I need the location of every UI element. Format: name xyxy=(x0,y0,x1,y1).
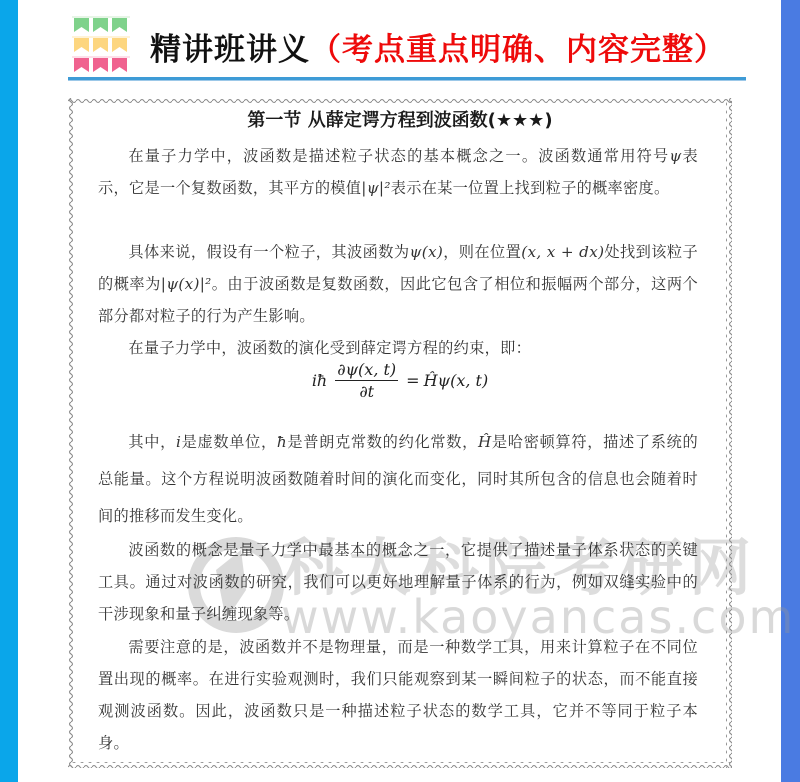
math-inline: |ψ|² xyxy=(361,179,390,197)
equation-rhs: Ĥψ(x, t) xyxy=(424,371,489,390)
paragraph-text: 是虚数单位， xyxy=(181,433,277,451)
math-inline: ħ xyxy=(277,433,287,451)
equation-denominator: ∂t xyxy=(359,381,374,401)
right-accent-stripe xyxy=(781,0,800,782)
lecture-card: 科大科院考研网 www.kaoyancas.com 第一节 从薛定谔方程到波函数… xyxy=(68,98,732,768)
paragraph-text: 在量子力学中，波函数是描述粒子状态的基本概念之一。波函数通常用符号 xyxy=(128,147,669,165)
paragraph-text: 波函数的概念是量子力学中最基本的概念之一，它提供了描述量子体系状态的关键工具。通… xyxy=(98,541,698,623)
header-divider xyxy=(68,77,746,81)
bunting-flags-icon xyxy=(72,14,130,74)
title-subtitle: （考点重点明确、内容完整） xyxy=(310,32,726,68)
math-inline: Ĥ xyxy=(478,433,492,451)
math-inline: ψ xyxy=(669,147,681,165)
section-title: 第一节 从薛定谔方程到波函数(★★★) xyxy=(68,106,732,132)
paragraph-4: 其中，i是虚数单位，ħ是普朗克常数的约化常数，Ĥ是哈密顿算符，描述了系统的总能量… xyxy=(98,424,698,535)
paragraph-text: 其中， xyxy=(128,433,176,451)
paragraph-text: 表示在某一位置上找到粒子的概率密度。 xyxy=(391,179,670,197)
paragraph-text: 在量子力学中，波函数的演化受到薛定谔方程的约束，即： xyxy=(128,339,531,357)
paragraph-text: ，则在位置 xyxy=(443,243,521,261)
paragraph-text: 是普朗克常数的约化常数， xyxy=(287,433,478,451)
equation-equals: = xyxy=(406,371,419,390)
card-content: 第一节 从薛定谔方程到波函数(★★★) 在量子力学中，波函数是描述粒子状态的基本… xyxy=(68,98,732,768)
page-title: 精讲班讲义（考点重点明确、内容完整） xyxy=(150,24,726,69)
math-inline: (x, x + dx) xyxy=(521,243,604,261)
paragraph-1: 在量子力学中，波函数是描述粒子状态的基本概念之一。波函数通常用符号ψ表示，它是一… xyxy=(98,140,698,204)
paragraph-6: 需要注意的是，波函数并不是物理量，而是一种数学工具，用来计算粒子在不同位置出现的… xyxy=(98,631,698,759)
left-accent-stripe xyxy=(0,0,18,782)
paragraph-text: 需要注意的是，波函数并不是物理量，而是一种数学工具，用来计算粒子在不同位置出现的… xyxy=(98,638,698,752)
paragraph-2: 具体来说，假设有一个粒子，其波函数为ψ(x)，则在位置(x, x + dx)处找… xyxy=(98,236,698,332)
paragraph-text: 具体来说，假设有一个粒子，其波函数为 xyxy=(128,243,409,261)
equation-prefix: iħ xyxy=(312,371,327,390)
math-inline: ψ(x) xyxy=(410,243,444,261)
math-inline: |ψ(x)|² xyxy=(161,275,212,293)
schrodinger-equation: iħ ∂ψ(x, t) ∂t = Ĥψ(x, t) xyxy=(68,360,732,401)
equation-numerator: ∂ψ(x, t) xyxy=(335,360,398,381)
paragraph-5: 波函数的概念是量子力学中最基本的概念之一，它提供了描述量子体系状态的关键工具。通… xyxy=(98,534,698,630)
title-main-text: 精讲班讲义 xyxy=(150,32,310,68)
equation-fraction: ∂ψ(x, t) ∂t xyxy=(335,360,398,401)
page-header: 精讲班讲义（考点重点明确、内容完整） xyxy=(70,10,750,76)
